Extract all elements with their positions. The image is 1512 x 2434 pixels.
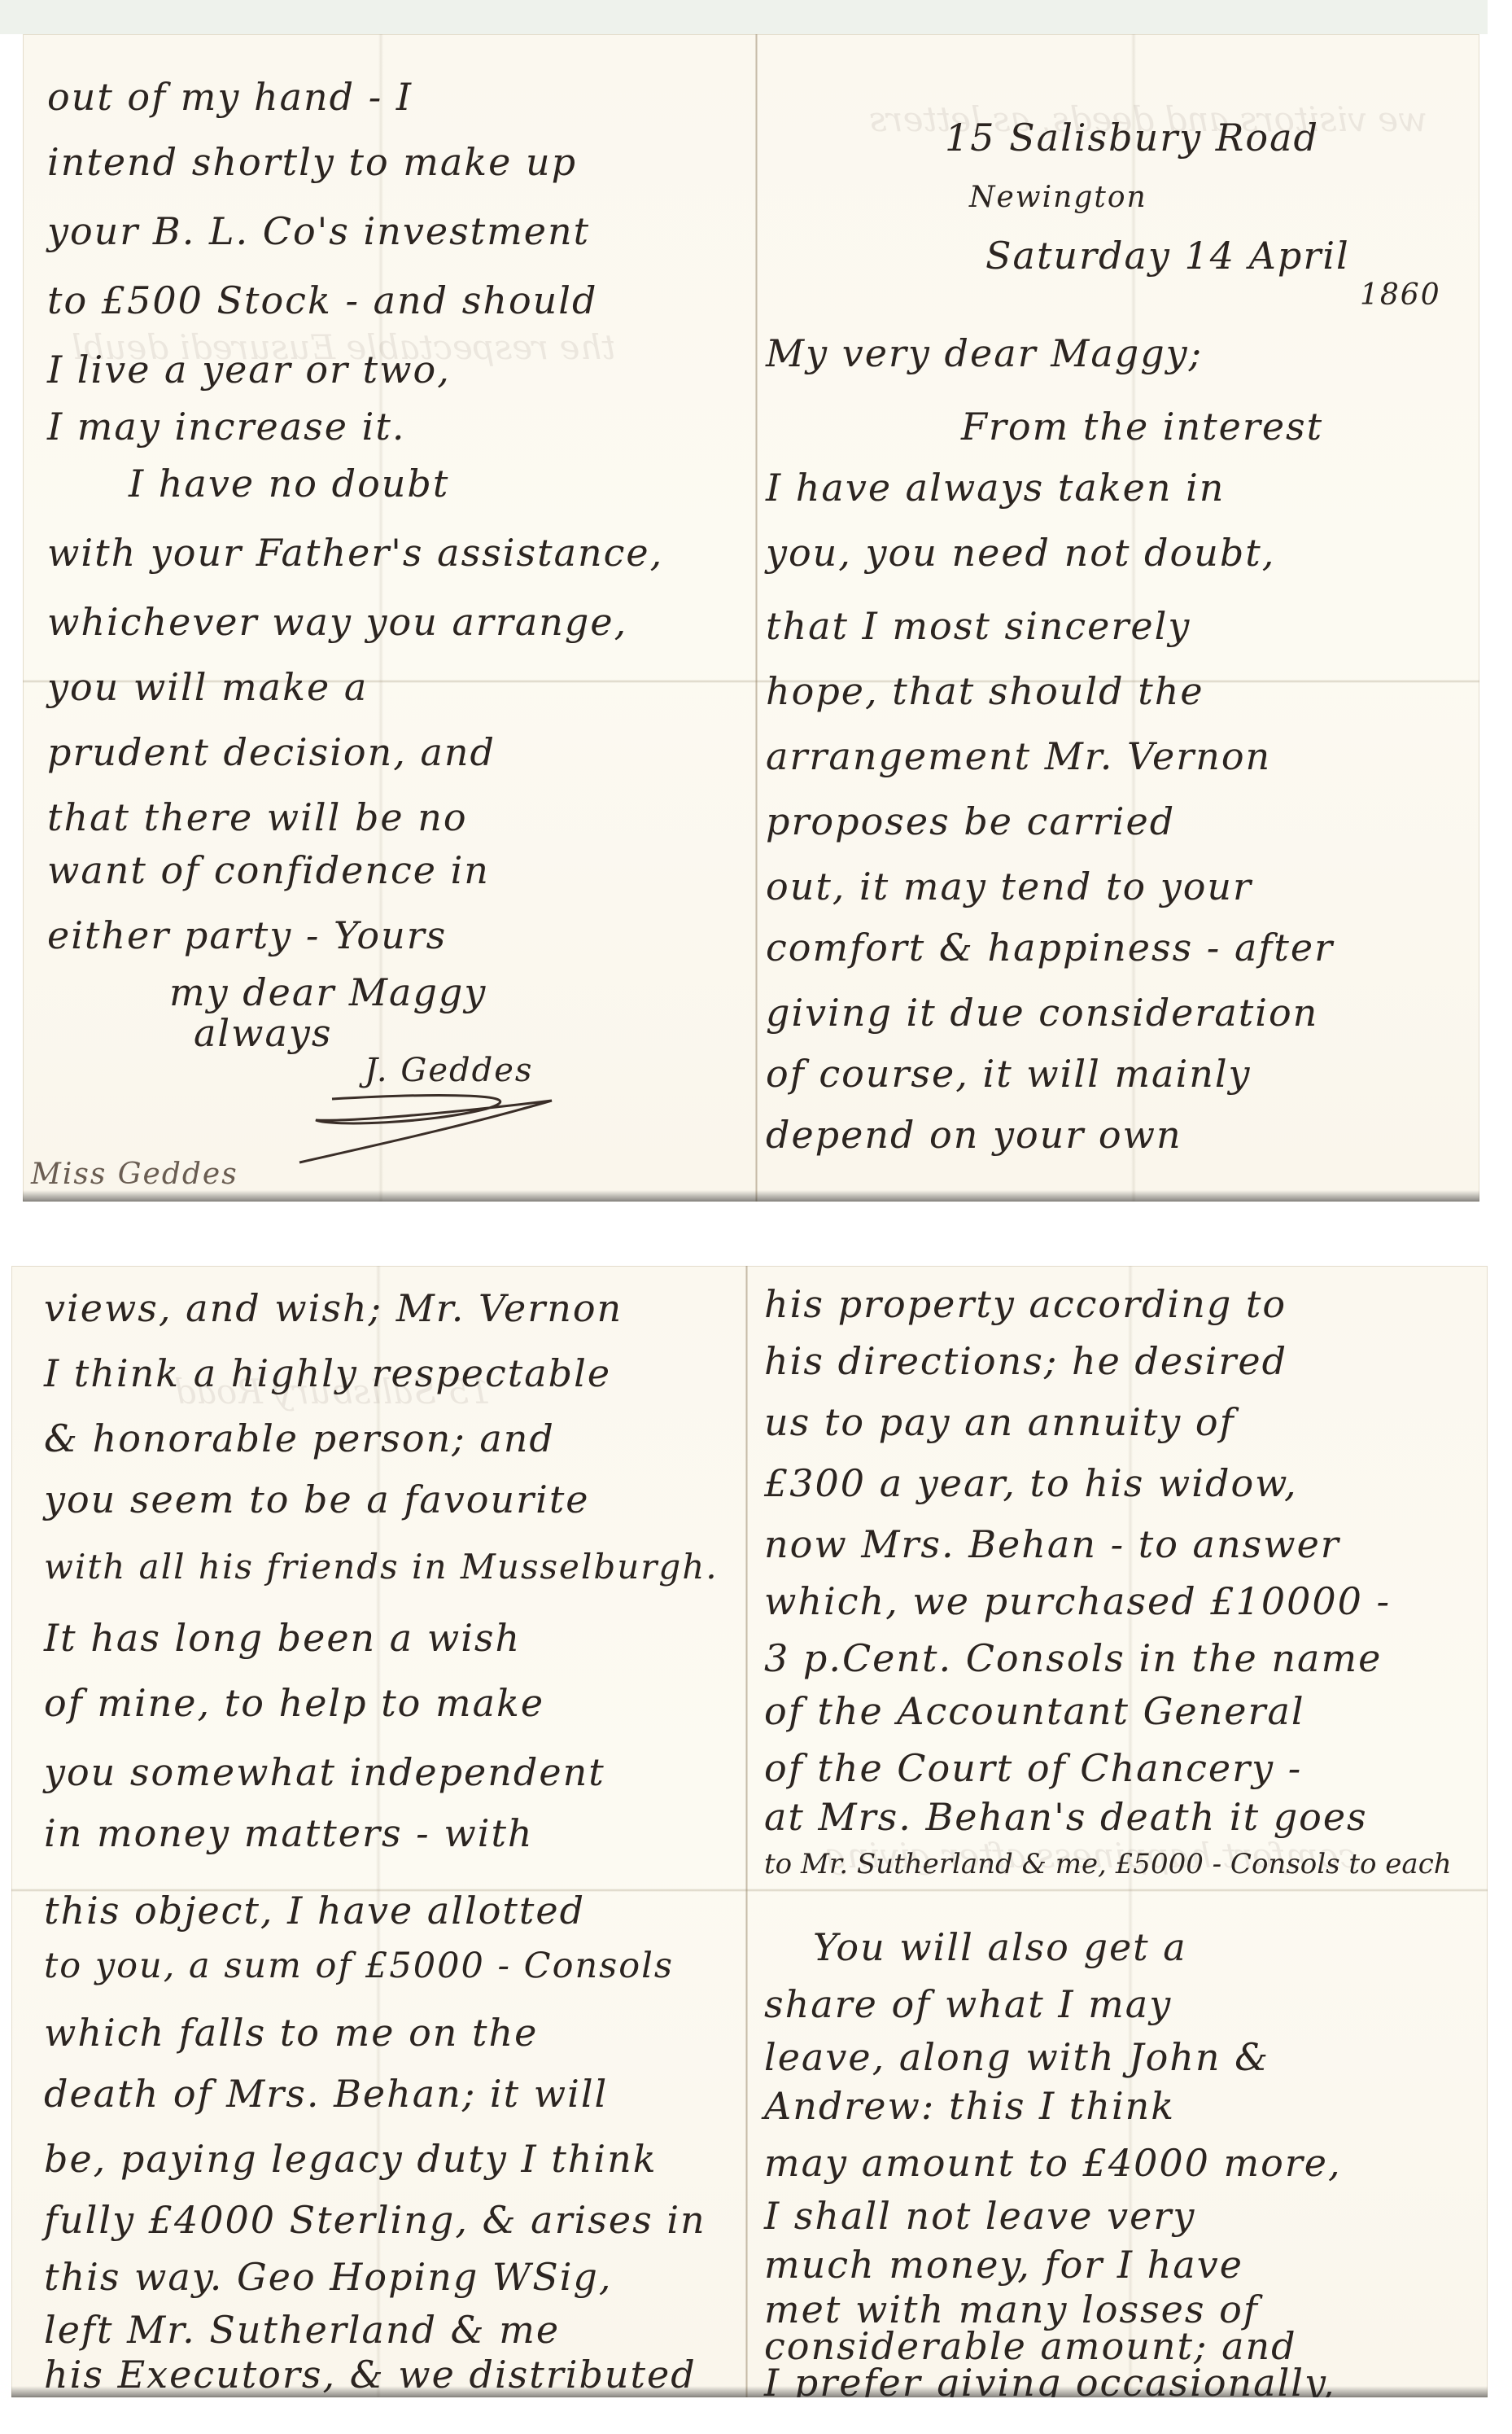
letter-line: you, you need not doubt, xyxy=(766,531,1275,575)
letter-line: out, it may tend to your xyxy=(766,865,1252,908)
letter-line: I think a highly respectable xyxy=(44,1351,611,1395)
letter-line: to £500 Stock - and should xyxy=(47,278,597,322)
page-4-left: out of my hand - I intend shortly to mak… xyxy=(23,34,755,1202)
letter-line: I shall not leave very xyxy=(764,2194,1195,2238)
letter-line: arrangement Mr. Vernon xyxy=(766,734,1271,778)
address-district: Newington xyxy=(969,181,1147,214)
addressee-note: Miss Geddes xyxy=(31,1158,238,1191)
letter-line: his property according to xyxy=(764,1282,1287,1326)
letter-line: It has long been a wish xyxy=(44,1616,521,1660)
letter-line: death of Mrs. Behan; it will xyxy=(44,2072,608,2116)
letter-line: left Mr. Sutherland & me xyxy=(44,2308,560,2352)
letter-line: out of my hand - I xyxy=(47,75,413,119)
letter-line: £300 a year, to his widow, xyxy=(764,1461,1298,1505)
letter-line: From the interest xyxy=(961,405,1323,449)
letter-line: to Mr. Sutherland & me, £5000 - Consols … xyxy=(764,1848,1452,1880)
letter-line: my dear Maggy xyxy=(169,970,487,1014)
letter-line: I have always taken in xyxy=(766,466,1225,510)
letter-line: of course, it will mainly xyxy=(766,1052,1252,1096)
page-3-right: his property according to his directions… xyxy=(748,1266,1488,2397)
letter-line: you seem to be a favourite xyxy=(44,1477,590,1521)
letter-line: I have no doubt xyxy=(129,462,449,506)
letter-line: & honorable person; and xyxy=(44,1416,555,1460)
letter-line: either party - Yours xyxy=(47,913,447,957)
signature: J. Geddes xyxy=(365,1052,533,1089)
letter-line: of the Court of Chancery - xyxy=(764,1746,1302,1790)
page-1-right: 15 Salisbury Road Newington Saturday 14 … xyxy=(758,34,1479,1202)
letter-line: his directions; he desired xyxy=(764,1339,1287,1383)
letter-line: may amount to £4000 more, xyxy=(764,2141,1342,2185)
letter-line: I live a year or two, xyxy=(47,348,451,392)
letter-sheet-bottom: 15 Salisbury Road comfort happiness afte… xyxy=(11,1266,1488,2397)
letter-line: giving it due consideration xyxy=(766,991,1318,1035)
letter-year: 1860 xyxy=(1360,278,1441,312)
letter-line: comfort & happiness - after xyxy=(766,926,1334,970)
letter-line: I may increase it. xyxy=(47,405,405,449)
letter-line: to you, a sum of £5000 - Consols xyxy=(44,1946,674,1986)
letter-line: prudent decision, and xyxy=(47,730,496,774)
letter-line: now Mrs. Behan - to answer xyxy=(764,1522,1340,1566)
letter-line: depend on your own xyxy=(766,1113,1182,1157)
letter-line: you will make a xyxy=(47,665,368,709)
letter-line: of mine, to help to make xyxy=(44,1681,544,1725)
signature-flourish xyxy=(283,1092,625,1166)
letter-line: of the Accountant General xyxy=(764,1689,1305,1733)
letter-line: with your Father's assistance, xyxy=(47,531,663,575)
letter-line: in money matters - with xyxy=(44,1811,534,1855)
address-street: 15 Salisbury Road xyxy=(945,116,1319,160)
page-2-left: views, and wish; Mr. Vernon I think a hi… xyxy=(11,1266,745,2397)
letter-line: this object, I have allotted xyxy=(44,1889,585,1933)
letter-line: I prefer giving occasionally, xyxy=(764,2361,1336,2397)
letter-line: this way. Geo Hoping WSig, xyxy=(44,2255,613,2299)
letter-line: share of what I may xyxy=(764,1982,1172,2026)
letter-line: that there will be no xyxy=(47,795,468,839)
letter-line: be, paying legacy duty I think xyxy=(44,2137,658,2181)
salutation: My very dear Maggy; xyxy=(766,331,1203,375)
letter-line: You will also get a xyxy=(813,1925,1187,1969)
letter-line: Andrew: this I think xyxy=(764,2084,1175,2128)
letter-line: much money, for I have xyxy=(764,2243,1243,2287)
letter-line: want of confidence in xyxy=(47,848,490,892)
letter-line: proposes be carried xyxy=(766,799,1175,843)
letter-line: his Executors, & we distributed xyxy=(44,2353,697,2397)
letter-line: hope, that should the xyxy=(766,669,1204,713)
letter-line: views, and wish; Mr. Vernon xyxy=(44,1286,623,1330)
letter-line: at Mrs. Behan's death it goes xyxy=(764,1795,1368,1839)
letter-line: us to pay an annuity of xyxy=(764,1400,1235,1444)
letter-line: that I most sincerely xyxy=(766,604,1191,648)
letter-date: Saturday 14 April xyxy=(985,234,1350,278)
letter-line: intend shortly to make up xyxy=(47,140,577,184)
letter-line: your B. L. Co's investment xyxy=(47,209,590,253)
letter-line: you somewhat independent xyxy=(44,1750,605,1794)
closing-line: always xyxy=(194,1011,333,1055)
letter-sheet-top: we visitors and deeds, as letters the re… xyxy=(23,34,1479,1202)
letter-line: leave, along with John & xyxy=(764,2035,1269,2079)
scanner-background xyxy=(0,0,1488,34)
letter-line: whichever way you arrange, xyxy=(47,600,627,644)
letter-line: 3 p.Cent. Consols in the name xyxy=(764,1636,1382,1680)
letter-line: which, we purchased £10000 - xyxy=(764,1579,1391,1623)
letter-line: with all his friends in Musselburgh. xyxy=(44,1547,719,1587)
letter-line: fully £4000 Sterling, & arises in xyxy=(44,2198,706,2242)
letter-line: which falls to me on the xyxy=(44,2011,538,2055)
